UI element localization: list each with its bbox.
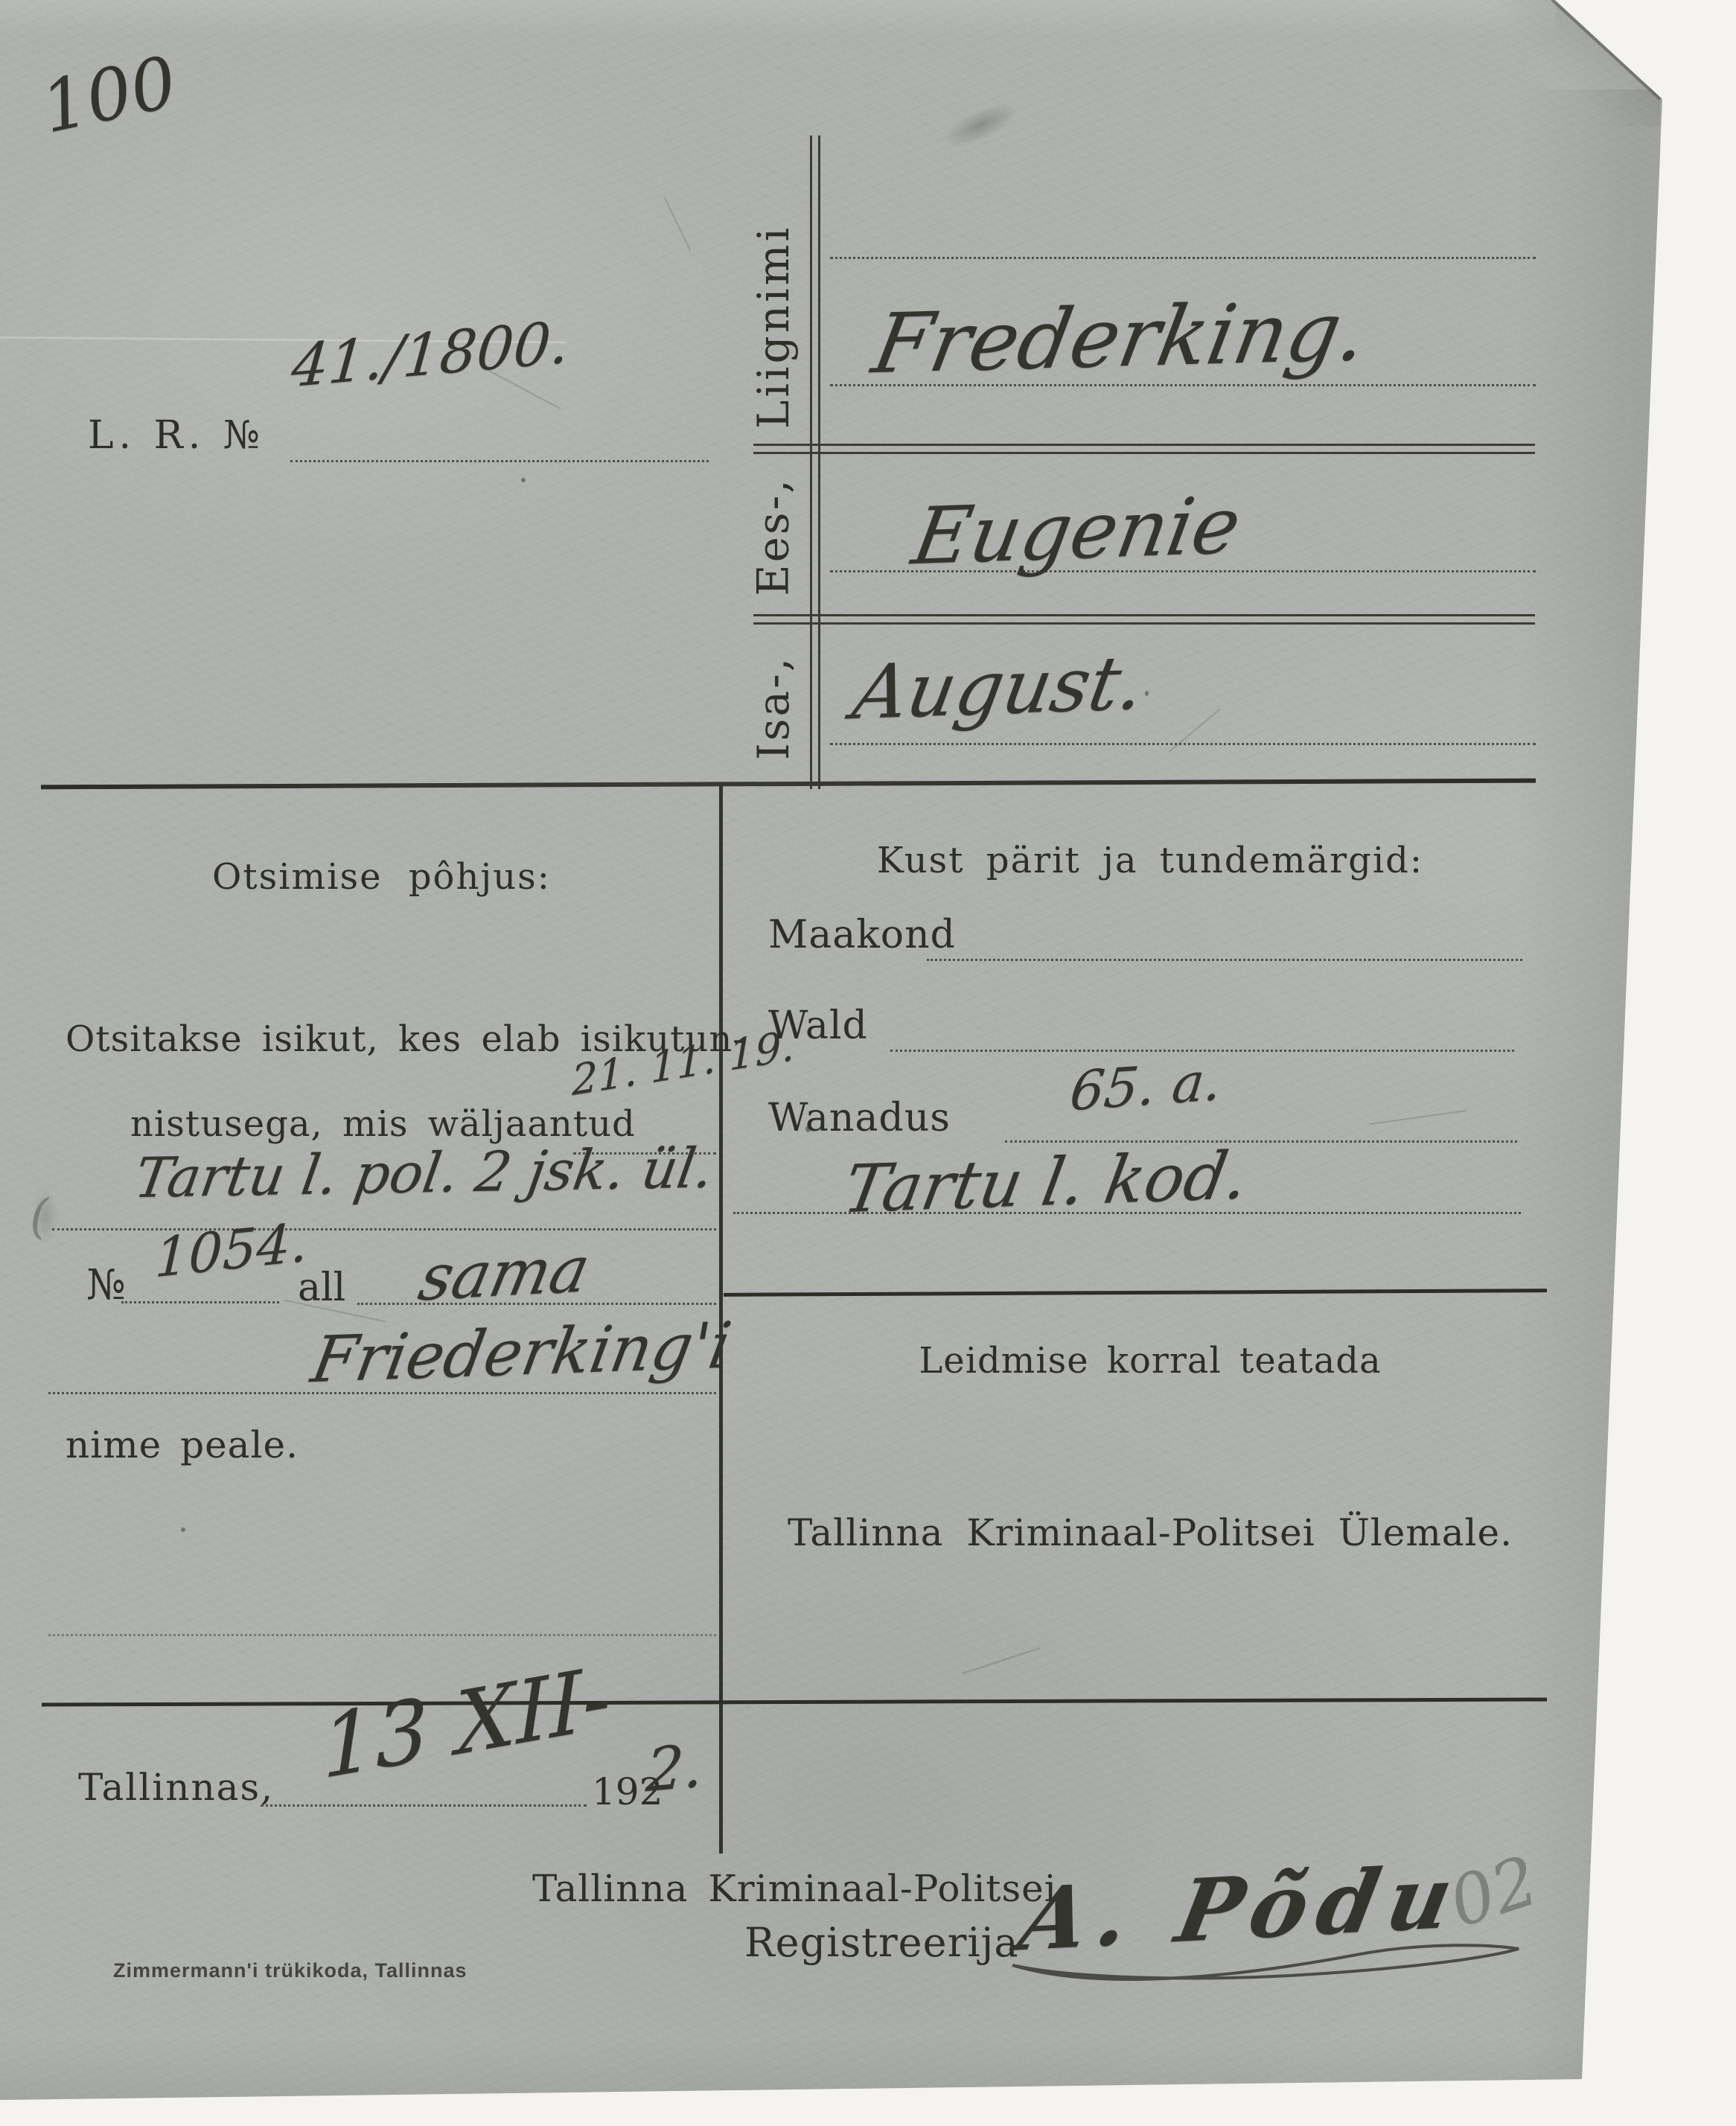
- paper-speck: [521, 478, 526, 482]
- date-handwritten: 13 XII-: [320, 1647, 613, 1799]
- under-label: all: [298, 1265, 345, 1310]
- reference-label: L. R. №: [88, 413, 265, 458]
- search-section-title: Otsimise pôhjus:: [45, 856, 718, 898]
- origin-section-title: Kust pärit ja tundemärgid:: [726, 840, 1574, 881]
- document-number-label: №: [86, 1261, 126, 1309]
- document-paper: 100 L. R. № 41./1800. Liignimi Frederkin…: [0, 0, 1736, 2126]
- year-digit-handwritten: 2.: [645, 1731, 705, 1805]
- county-dotted-line: [927, 959, 1522, 961]
- issuer-dotted-line: [52, 1228, 716, 1230]
- row-label-liignimi: Liignimi: [744, 220, 802, 434]
- main-horizontal-rule: [41, 779, 1536, 790]
- printer-note: Zimmermann'i trükikoda, Tallinnas: [113, 1959, 467, 1982]
- right-column-rule: [724, 1289, 1547, 1297]
- origin-dotted-line: [733, 1212, 1521, 1214]
- paper-fiber: [664, 197, 692, 252]
- surname-handwritten: Frederking.: [866, 283, 1375, 392]
- paper-speck: [1145, 691, 1149, 696]
- county-label: Maakond: [768, 913, 956, 957]
- bottom-horizontal-rule: [42, 1697, 1547, 1706]
- age-value-handwritten: 65. a.: [1068, 1049, 1225, 1123]
- left-column-empty-dotted-line: [48, 1634, 716, 1636]
- paper-fiber: [1370, 1110, 1466, 1125]
- margin-pencil-mark: (: [30, 1190, 48, 1245]
- parish-label: Wald: [768, 1003, 868, 1048]
- searched-name-dotted-line: [48, 1392, 716, 1394]
- surname-dotted-line-lower: [830, 384, 1536, 386]
- paper-fiber: [962, 1647, 1040, 1674]
- names-table-vertical-rule: [810, 135, 820, 789]
- paper-speck: [181, 1528, 185, 1532]
- place-label: Tallinnas,: [78, 1766, 274, 1809]
- age-label: Wanadus: [768, 1096, 951, 1140]
- document-number-dotted-line: [121, 1301, 279, 1303]
- row-label-isanimi: Isa-,: [744, 646, 802, 769]
- names-row-divider-2: [753, 614, 1535, 625]
- ink-smudge: [937, 95, 1024, 156]
- paper-fiber: [1169, 708, 1221, 752]
- first-name-dotted-line: [830, 570, 1536, 572]
- right-edge-shadow: [1519, 89, 1660, 2084]
- father-name-handwritten: August.: [847, 639, 1152, 736]
- archive-number-handwritten: 100: [35, 42, 184, 150]
- names-row-divider-1: [753, 444, 1535, 454]
- notify-recipient: Tallinna Kriminaal-Politsei Ülemale.: [726, 1511, 1574, 1554]
- father-name-dotted-line: [830, 743, 1536, 745]
- row-label-eesnimi: Ees-,: [744, 475, 802, 598]
- reference-dotted-line: [290, 460, 709, 462]
- under-value-dotted-line: [357, 1303, 716, 1305]
- signature-underline-flourish: [1006, 1927, 1528, 1993]
- search-body-line3: nime peale.: [66, 1423, 299, 1466]
- document-number-handwritten: 1054.: [154, 1210, 309, 1289]
- date-dotted-line: [261, 1804, 587, 1807]
- reference-value-handwritten: 41./1800.: [289, 309, 572, 401]
- surname-dotted-line-upper: [830, 257, 1536, 259]
- fold-corner-crease-line: [1551, 0, 1661, 100]
- office-line1: Tallinna Kriminaal-Politsei: [532, 1867, 1057, 1910]
- first-name-handwritten: Eugenie: [906, 479, 1247, 582]
- top-edge-highlight: [0, 0, 1556, 37]
- notify-title: Leidmise korral teatada: [726, 1340, 1574, 1382]
- fold-corner-shade: [1489, 0, 1662, 127]
- searched-name-handwritten: Friederking'i: [306, 1309, 736, 1397]
- office-line2: Registreerija: [744, 1919, 1019, 1966]
- bottom-edge-shadow: [0, 2040, 1586, 2103]
- issuer-handwritten: Tartu l. pol. 2 jsk. ül.: [130, 1136, 718, 1210]
